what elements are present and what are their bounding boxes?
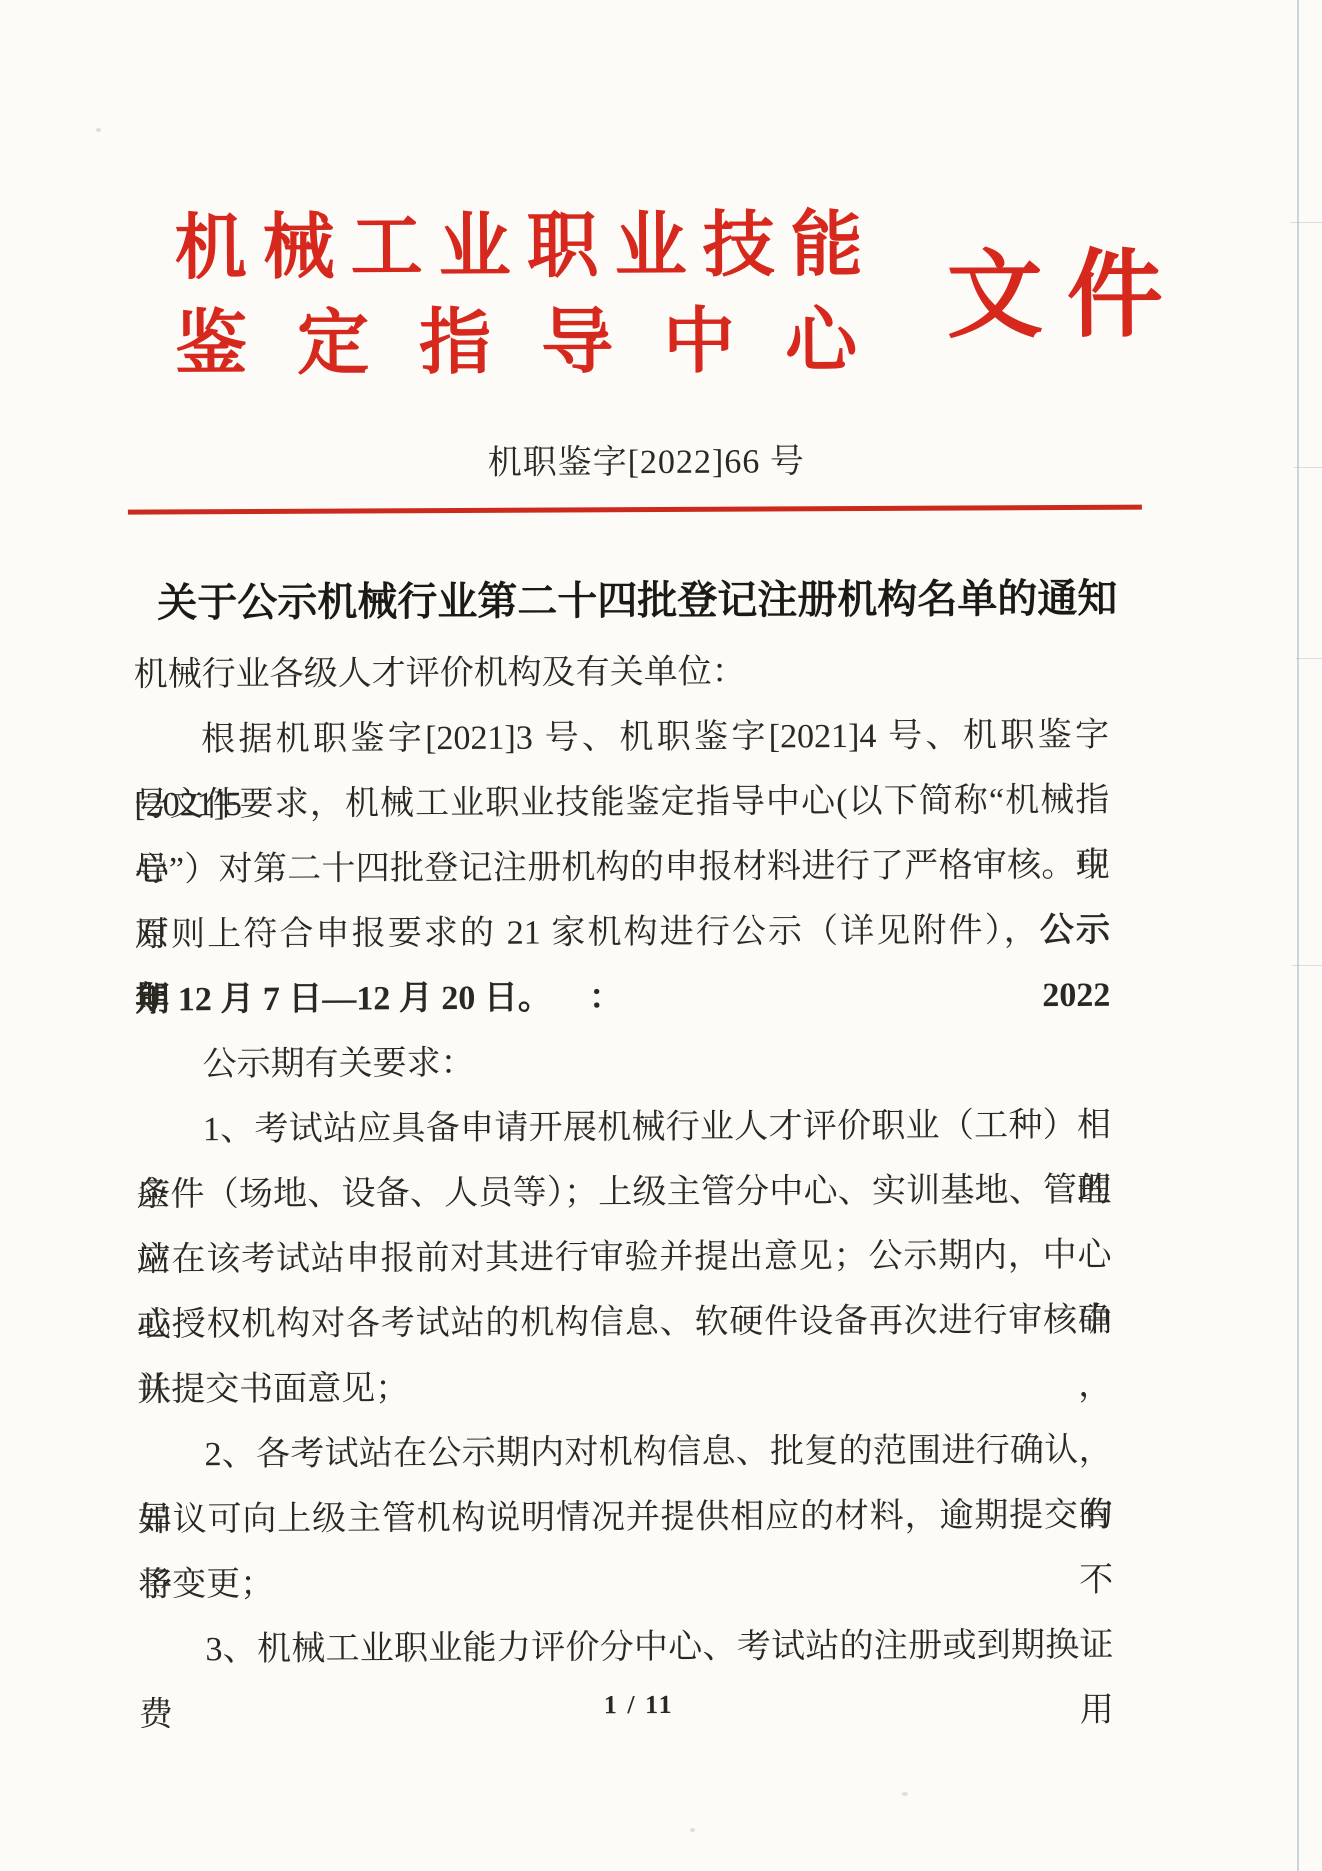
document-page: 机械工业职业技能 鉴定指导中心 文件 机职鉴字[2022]66 号 关于公示机械… <box>0 0 1322 1871</box>
body-line: 原则上符合申报要求的 21 家机构进行公示（详见附件），公示期：2022 <box>135 898 1110 968</box>
body-text-segment: 机械行业各级人才评价机构及有关单位： <box>134 654 746 694</box>
body-line: 机械行业各级人才评价机构及有关单位： <box>134 638 1109 708</box>
body-line: 1、考试站应具备申请开展机械行业人才评价职业（工种）相应的 <box>136 1093 1111 1163</box>
body-line: 2、各考试站在公示期内对机构信息、批复的范围进行确认，如有 <box>137 1418 1112 1488</box>
body-line: 3、机械工业职业能力评价分中心、考试站的注册或到期换证费用 <box>138 1613 1113 1683</box>
document-title: 关于公示机械行业第二十四批登记注册机构名单的通知 <box>157 579 1117 624</box>
body-text-bold-segment: 年 12 月 7 日—12 月 20 日。 <box>135 980 552 1019</box>
body-line: 应在该考试站申报前对其进行审验并提出意见；公示期内，中心或中 <box>136 1223 1111 1293</box>
body-text-segment: 并提交书面意见； <box>137 1370 409 1408</box>
letterhead-document-type-label: 文件 <box>947 247 1187 344</box>
body-line: 心授权机构对各考试站的机构信息、软硬件设备再次进行审核确认， <box>137 1288 1112 1358</box>
body-line: 根据机职鉴字[2021]3 号、机职鉴字[2021]4 号、机职鉴字[2021]… <box>134 703 1109 773</box>
document-reference-number: 机职鉴字[2022]66 号 <box>488 445 805 481</box>
letterhead-org-name-line2: 鉴定指导中心 <box>175 305 907 381</box>
red-separator-rule <box>128 505 1142 515</box>
body-text-segment: 异议可向上级主管机构说明情况并提供相应的材料，逾期提交的将不 <box>138 1497 1113 1604</box>
body-line: 心”）对第二十四批登记注册机构的申报材料进行了严格审核。现对 <box>135 833 1110 903</box>
body-text-segment: 予变更； <box>138 1566 274 1604</box>
letterhead-org-name-line1: 机械工业职业技能 <box>174 209 878 284</box>
body-line: 公示期有关要求： <box>135 1028 1110 1098</box>
body-line: 号文件要求，机械工业职业技能鉴定指导中心(以下简称“机械指导中 <box>134 768 1109 838</box>
body-text-segment: 原则上符合申报要求的 21 家机构进行公示（详见附件）， <box>135 912 1040 953</box>
body-line: 异议可向上级主管机构说明情况并提供相应的材料，逾期提交的将不 <box>138 1483 1113 1553</box>
page-number-indicator: 1 / 11 <box>589 1692 689 1718</box>
body-text-segment: 公示期有关要求： <box>203 1045 475 1083</box>
document-body: 机械行业各级人才评价机构及有关单位：根据机职鉴字[2021]3 号、机职鉴字[2… <box>134 638 1114 1683</box>
body-line: 条件（场地、设备、人员等）；上级主管分中心、实训基地、管理站 <box>136 1158 1111 1228</box>
